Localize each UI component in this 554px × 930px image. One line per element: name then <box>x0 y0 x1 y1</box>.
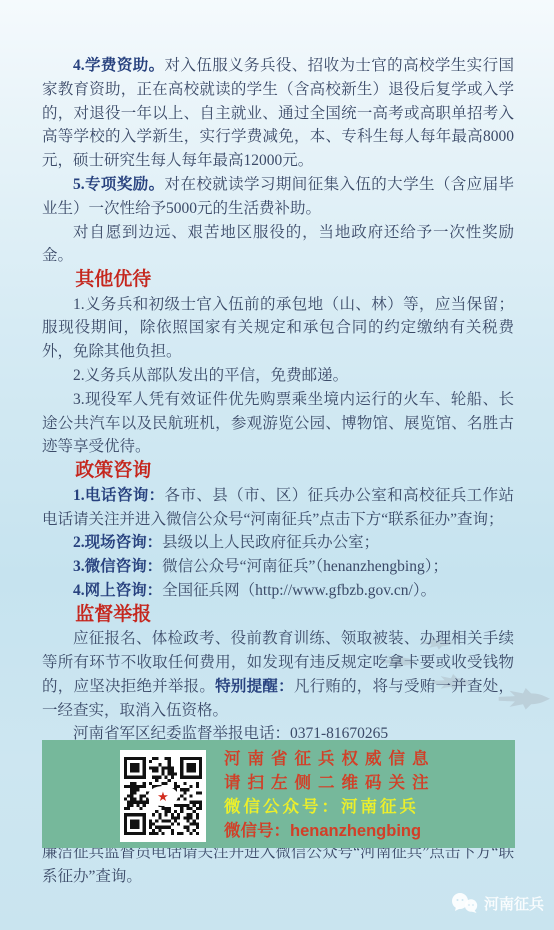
section-heading: 其他优待 <box>42 268 514 293</box>
paragraph: 2.现场咨询：县级以上人民政府征兵办公室； <box>42 531 514 555</box>
paragraph: 应征报名、体检政考、役前教育训练、领取被装、办理相关手续等所有环节不收取任何费用… <box>42 627 514 722</box>
paragraph-lead: 2.现场咨询： <box>73 534 162 551</box>
banner-line: 请扫左侧二维码关注 <box>224 771 509 795</box>
paragraph-text: 3.现役军人凭有效证件优先购票乘坐境内运行的火车、轮船、长途公共汽车以及民航班机… <box>42 391 514 456</box>
paragraph-text: 微信公众号“河南征兵”（henanzhengbing）； <box>162 558 448 575</box>
banner-text-block: 河南省征兵权威信息请扫左侧二维码关注微信公众号：河南征兵微信号：henanzhe… <box>224 747 509 843</box>
paragraph-text: 对自愿到边远、艰苦地区服役的，当地政府还给予一次性奖励金。 <box>42 224 514 265</box>
paragraph-text: 全国征兵网（http://www.gfbzb.gov.cn/）。 <box>162 582 436 599</box>
wechat-watermark: 河南征兵 <box>451 892 544 914</box>
wechat-banner: ★ 河南省征兵权威信息请扫左侧二维码关注微信公众号：河南征兵微信号：henanz… <box>42 740 515 848</box>
banner-line: 河南省征兵权威信息 <box>224 747 509 771</box>
section-heading: 监督举报 <box>42 603 514 628</box>
banner-line: 微信公众号：河南征兵 <box>224 795 509 819</box>
paragraph: 1.义务兵和初级士官入伍前的承包地（山、林）等，应当保留；服现役期间，除依照国家… <box>42 293 514 364</box>
paragraph-text: 1.义务兵和初级士官入伍前的承包地（山、林）等，应当保留；服现役期间，除依照国家… <box>42 296 514 361</box>
watermark-label: 河南征兵 <box>484 893 544 914</box>
banner-line: 微信号：henanzhengbing <box>224 819 509 843</box>
paragraph: 4.学费资助。对入伍服义务兵役、招收为士官的高校学生实行国家教育资助，正在高校就… <box>42 54 514 173</box>
section-heading: 政策咨询 <box>42 459 514 484</box>
paragraph-lead: 4.学费资助。 <box>73 57 165 74</box>
paragraph-lead: 1.电话咨询： <box>73 487 165 504</box>
paragraph: 2.义务兵从部队发出的平信，免费邮递。 <box>42 364 514 388</box>
paragraph-lead: 5.专项奖励。 <box>73 176 165 193</box>
paragraph: 3.现役军人凭有效证件优先购票乘坐境内运行的火车、轮船、长途公共汽车以及民航班机… <box>42 388 514 459</box>
recruitment-notice-page: 4.学费资助。对入伍服义务兵役、招收为士官的高校学生实行国家教育资助，正在高校就… <box>0 0 554 930</box>
paragraph-lead: 4.网上咨询： <box>73 582 162 599</box>
paragraph: 对自愿到边远、艰苦地区服役的，当地政府还给予一次性奖励金。 <box>42 221 514 269</box>
paragraph-lead: 3.微信咨询： <box>73 558 162 575</box>
paragraph-lead: 特别提醒： <box>215 678 294 695</box>
paragraph-text: 县级以上人民政府征兵办公室； <box>162 534 379 551</box>
qr-code: ★ <box>120 750 206 842</box>
paragraph: 3.微信咨询：微信公众号“河南征兵”（henanzhengbing）； <box>42 555 514 579</box>
paragraph: 5.专项奖励。对在校就读学习期间征集入伍的大学生（含应届毕业生）一次性给予500… <box>42 173 514 221</box>
paragraph: 4.网上咨询：全国征兵网（http://www.gfbzb.gov.cn/）。 <box>42 579 514 603</box>
qr-center-star-icon: ★ <box>148 786 178 806</box>
paragraph: 1.电话咨询：各市、县（市、区）征兵办公室和高校征兵工作站电话请关注并进入微信公… <box>42 484 514 532</box>
paragraph-text: 2.义务兵从部队发出的平信，免费邮递。 <box>73 367 348 384</box>
wechat-icon <box>451 892 479 914</box>
